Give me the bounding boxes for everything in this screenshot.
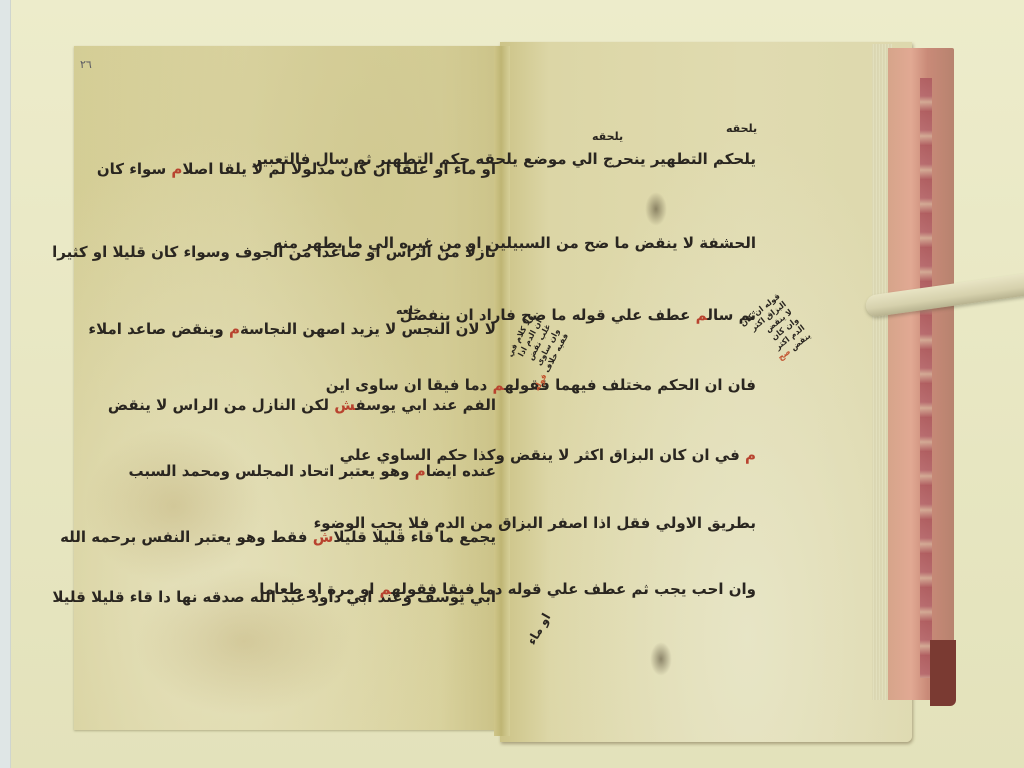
header-gloss: يلحقه [726, 122, 757, 135]
cover-corner [930, 640, 956, 706]
ink-smudge [650, 642, 672, 676]
edge-strip [0, 0, 11, 768]
paper-stain [84, 426, 264, 586]
text-line: الحشفة لا ينقض ما ضح من السبيلين او من غ… [504, 234, 756, 252]
text-line: الفم عند ابي يوسفش لكن النازل من الراس ل… [226, 396, 496, 414]
ink-smudge [645, 192, 667, 226]
cover-decoration [920, 78, 932, 678]
folio-number: ٢٦ [80, 58, 92, 71]
text-line: عنده ايضام وهو يعتبر اتحاد المجلس ومحمد … [226, 462, 496, 480]
interlinear-gloss: يلحقه [592, 130, 623, 143]
text-line: يلحكم التطهير ينحرج الي موضع يلحقه حكم ا… [504, 150, 756, 168]
text-line: م في ان كان البزاق اكثر لا ينقض وكذا حكم… [504, 446, 756, 464]
text-line: بطريق الاولي فقل اذا اصفر البزاق من الدم… [504, 514, 756, 532]
text-line: وان احب يجب ثم عطف علي قوله دما فيقا فقو… [504, 580, 756, 598]
